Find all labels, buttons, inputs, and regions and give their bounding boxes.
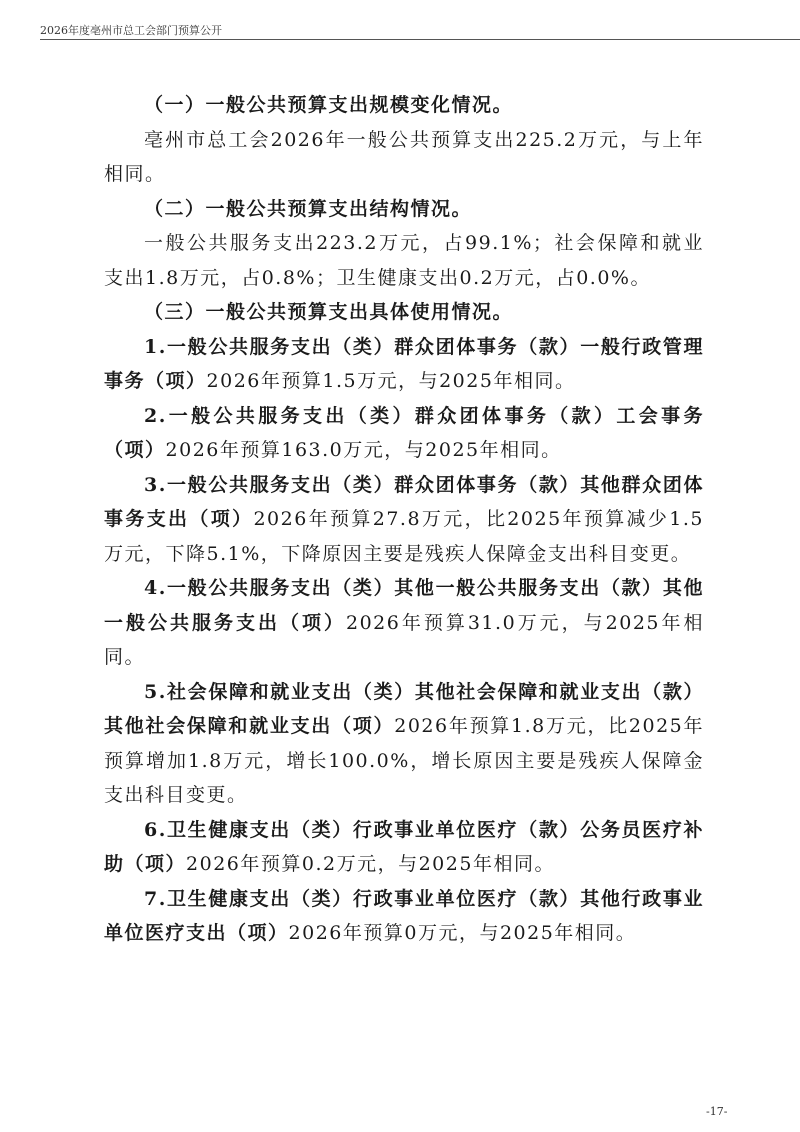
section-body-1: 亳州市总工会2026年一般公共预算支出225.2万元，与上年相同。 — [104, 123, 704, 192]
list-item: 6.卫生健康支出（类）行政事业单位医疗（款）公务员医疗补助（项）2026年预算0… — [104, 813, 704, 882]
list-item: 7.卫生健康支出（类）行政事业单位医疗（款）其他行政事业单位医疗支出（项）202… — [104, 882, 704, 951]
item-body: 2026年预算0.2万元，与2025年相同。 — [186, 853, 555, 875]
list-item: 2.一般公共服务支出（类）群众团体事务（款）工会事务（项）2026年预算163.… — [104, 399, 704, 468]
list-item: 1.一般公共服务支出（类）群众团体事务（款）一般行政管理事务（项）2026年预算… — [104, 330, 704, 399]
document-body: （一）一般公共预算支出规模变化情况。 亳州市总工会2026年一般公共预算支出22… — [104, 88, 704, 951]
section-heading-2: （二）一般公共预算支出结构情况。 — [104, 192, 704, 227]
item-body: 2026年预算163.0万元，与2025年相同。 — [166, 439, 562, 461]
item-body: 2026年预算1.5万元，与2025年相同。 — [207, 370, 576, 392]
section-heading-1: （一）一般公共预算支出规模变化情况。 — [104, 88, 704, 123]
list-item: 3.一般公共服务支出（类）群众团体事务（款）其他群众团体事务支出（项）2026年… — [104, 468, 704, 572]
page-number: -17- — [706, 1105, 727, 1118]
list-item: 5.社会保障和就业支出（类）其他社会保障和就业支出（款）其他社会保障和就业支出（… — [104, 675, 704, 813]
item-body: 2026年预算0万元，与2025年相同。 — [289, 922, 637, 944]
running-header: 2026年度亳州市总工会部门预算公开 — [40, 22, 800, 38]
list-item: 4.一般公共服务支出（类）其他一般公共服务支出（款）其他一般公共服务支出（项）2… — [104, 571, 704, 675]
section-heading-3: （三）一般公共预算支出具体使用情况。 — [104, 295, 704, 330]
section-body-2: 一般公共服务支出223.2万元，占99.1%；社会保障和就业支出1.8万元，占0… — [104, 226, 704, 295]
header-divider — [40, 39, 800, 40]
